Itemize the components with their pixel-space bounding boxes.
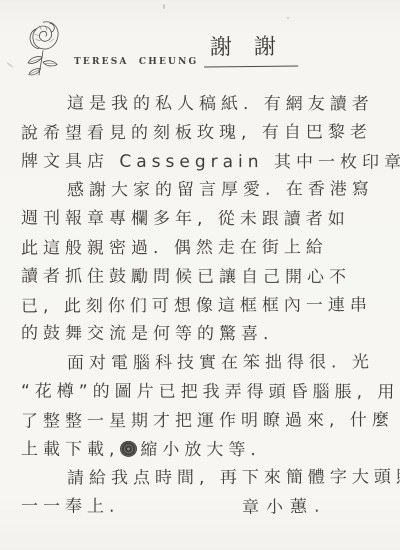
scan-speck bbox=[287, 17, 289, 19]
scribbled-out-character bbox=[120, 440, 137, 456]
scan-speck bbox=[163, 4, 165, 9]
letter-line: 請給我点時間, 再下來簡體字大頭照 bbox=[21, 464, 366, 494]
engraved-rose-icon bbox=[18, 14, 68, 86]
letter-line-text: 縮小放大等. bbox=[140, 439, 260, 459]
letter-line: 了整整一星期才把運作明瞭過來, 什麼 bbox=[21, 406, 366, 436]
letter-line: 一一奉上. 章小蕙. bbox=[21, 493, 366, 523]
letter-line: 這是我的私人稿紙. 有網友讀者 bbox=[21, 90, 366, 120]
letter-title: 謝謝 bbox=[204, 30, 298, 68]
letter-line: 面对電腦科技實在笨拙得很. 光 bbox=[21, 349, 366, 379]
letter-line: 牌文具店 Cassegrain 其中一枚印章. bbox=[21, 147, 366, 177]
letter-line: “花樽”的圖片已把我弄得頭昏腦脹, 用 bbox=[21, 378, 366, 408]
letter-line: 此這般親密過. 偶然走在街上給 bbox=[21, 233, 366, 263]
signature: 章小蕙. bbox=[241, 493, 326, 523]
letterhead-name: TERESA CHEUNG bbox=[74, 57, 198, 67]
scanned-letter-page: TERESA CHEUNG 謝謝 這是我的私人稿紙. 有網友讀者 說希望看見的刻… bbox=[0, 0, 400, 550]
letter-line: 週刊報章專欄多年, 從未跟讀者如 bbox=[21, 205, 366, 235]
letter-body: 這是我的私人稿紙. 有網友讀者 說希望看見的刻板玫瑰, 有自巴黎老 牌文具店 C… bbox=[21, 90, 366, 522]
letter-line-text: 上載下載, bbox=[21, 439, 119, 459]
letter-line: 已, 此刻你们可想像這框框內一連串 bbox=[21, 291, 366, 321]
letter-line: 感謝大家的留言厚愛. 在香港寫 bbox=[21, 176, 366, 206]
letter-line: 上載下載,縮小放大等. bbox=[21, 435, 366, 465]
letter-line: 的鼓舞交流是何等的驚喜. bbox=[21, 320, 366, 350]
closing-phrase: 一一奉上. bbox=[21, 493, 119, 522]
letter-line: 讀者抓住鼓勵問候已讓自己開心不 bbox=[21, 262, 366, 292]
letter-line: 說希望看見的刻板玫瑰, 有自巴黎老 bbox=[21, 118, 366, 148]
scan-speck bbox=[6, 62, 14, 69]
